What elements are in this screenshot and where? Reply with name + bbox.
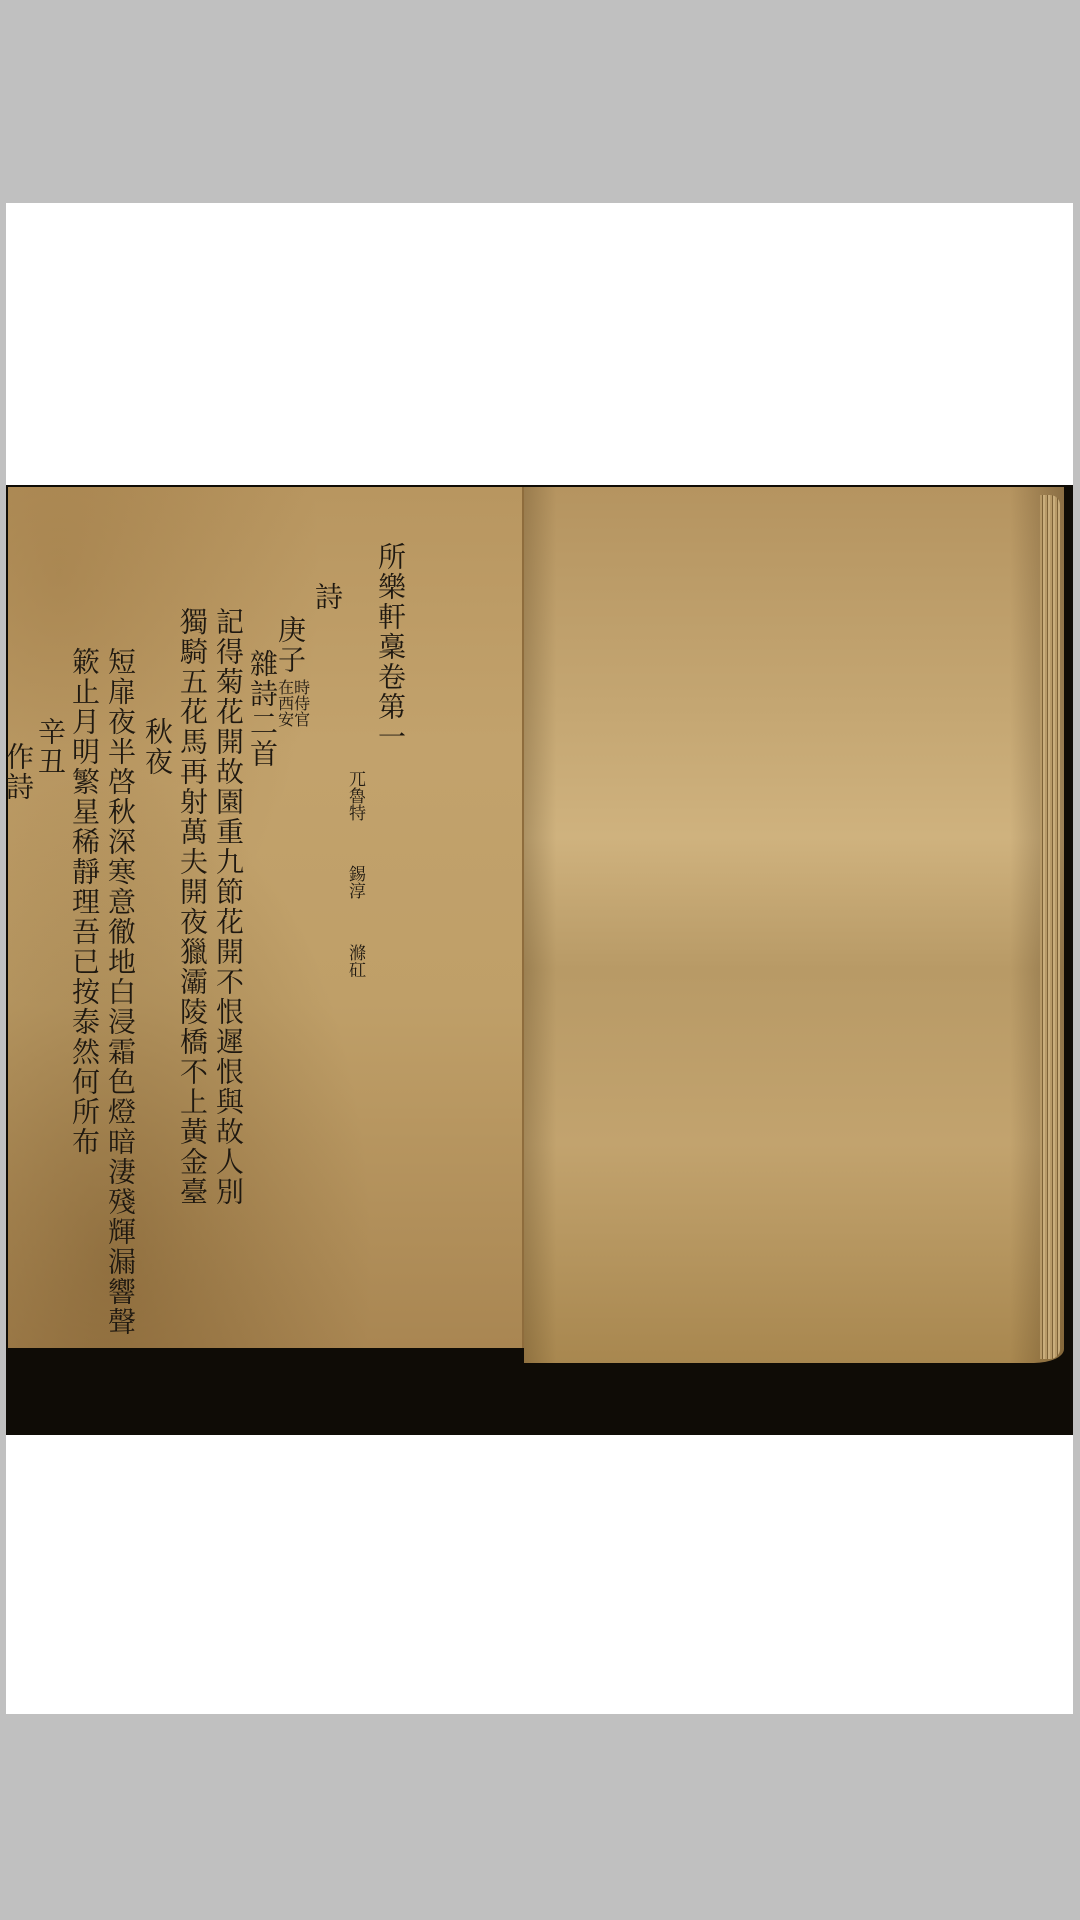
poem-line: 簌止月明繁星稀靜理吾已按泰然何所布: [70, 647, 98, 1157]
poem-line: 獨騎五花馬再射萬夫開夜獵灞陵橋不上黃金臺: [178, 607, 206, 1207]
right-page: [524, 487, 1064, 1363]
poem-title: 秋夜: [143, 717, 171, 777]
poem-year-note-right: 時侍官: [292, 679, 310, 727]
page-stack-edges: [1040, 495, 1060, 1359]
poem-line: 短扉夜半啓秋深寒意徹地白浸霜色燈暗淒殘輝漏響聲: [106, 647, 134, 1337]
book-scan-image: 所樂軒稾卷第一 兀魯特 錫淳 滌矼 詩 庚子 時侍官 在西安 雜詩二首 記得菊花…: [6, 485, 1073, 1435]
left-page: 所樂軒稾卷第一 兀魯特 錫淳 滌矼 詩 庚子 時侍官 在西安 雜詩二首 記得菊花…: [8, 487, 524, 1348]
author-clan: 兀魯特: [346, 770, 363, 821]
poem-year: 辛丑: [36, 717, 64, 777]
poem-title: 雜詩二首: [248, 649, 276, 769]
author-name: 錫淳: [346, 865, 363, 899]
section-heading: 詩: [313, 582, 341, 612]
poem-line: 記得菊花開故園重九節花開不恨遲恨與故人別: [214, 607, 242, 1207]
author-style-name: 滌矼: [346, 944, 363, 978]
volume-title: 所樂軒稾卷第一: [376, 542, 404, 752]
poem-title: 作詩: [6, 742, 32, 802]
poem-year: 庚子: [276, 615, 304, 675]
